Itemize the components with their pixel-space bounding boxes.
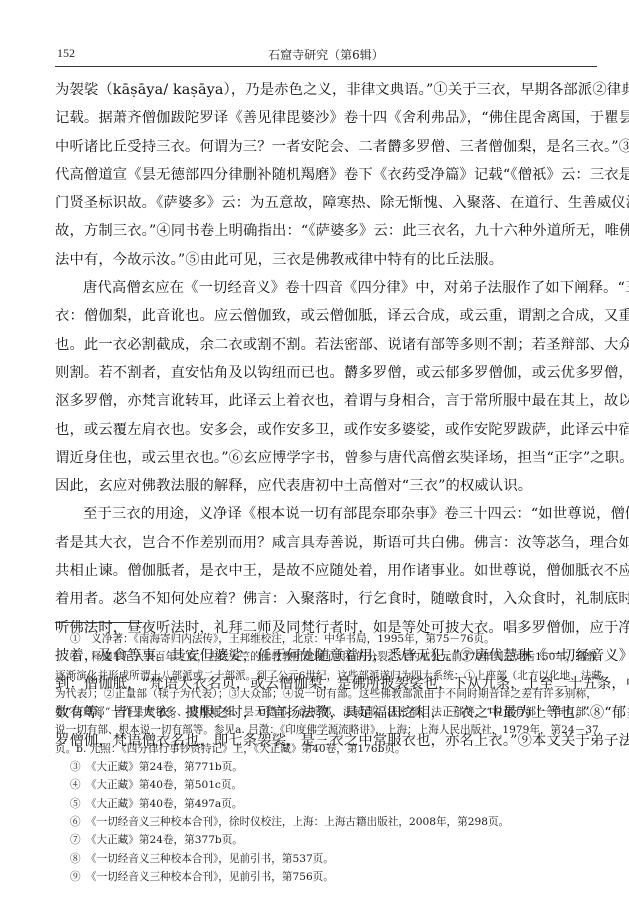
body-line: 门贤圣标识故。《萨婆多》云：为五意故，障寒热、除无惭愧、入聚落、在道行、生善威仪… bbox=[55, 189, 597, 217]
body-line: 共相止谏。僧伽胝者，是衣中王，是故不应随处着，用作诸事业。如世尊说，僧伽胝衣不应… bbox=[55, 557, 597, 585]
footnote-2-cont: 逐渐演化并形成所谓十八部派或二十部派。到了公元6世纪，这些部派遂归为四大系统：①… bbox=[55, 667, 597, 685]
body-line: 中听诸比丘受持三衣。何谓为三？一者安陀会、二者欝多罗僧、三者僧伽梨，是名三衣。”… bbox=[55, 133, 597, 161]
body-line: 记载。据萧齐僧伽跋陀罗译《善见律毘婆沙》卷十四《舍利弗品》，“佛住毘舍离国，于瞿… bbox=[55, 104, 597, 132]
footnote-6: ⑥ 《一切经音义三种校本合刊》，徐时仪校注，上海：上海古籍出版社，2008年，第… bbox=[55, 813, 597, 831]
body-line: 也，或云覆左肩衣也。安多会，或作安多卫，或作安多婆娑，或作安陀罗跋萨，此译云中宿… bbox=[55, 416, 597, 444]
body-line: 也。此一衣必割截成，余二衣或割不割。若法密部、说诸有部等多则不割；若圣辩部、大众… bbox=[55, 331, 597, 359]
footnotes: ① 义净著：《南海寄归内法传》，王邦维校注，北京：中华书局，1995年，第75－… bbox=[55, 630, 597, 886]
body-line: 法中有，今故示汝。”⑤由此可见，三衣是佛教戒律中特有的比丘法服。 bbox=[55, 246, 597, 274]
body-line: 者是其大衣，岂合不作差别而用？咸言具寿善说，斯语可共白佛。佛言：汝等苾刍，理合如… bbox=[55, 529, 597, 557]
footnote-2-cont: 为代表）；②正量部（犊子为代表）；③大众部；④说一切有部。这些佛教部派由于不同时… bbox=[55, 685, 597, 703]
footnote-2-cont: 页。b. 元照：《四分律行事钞资持记》上，《大正藏》第40卷，第176b页。 bbox=[55, 740, 597, 758]
footnote-3: ③ 《大正藏》第24卷，第771b页。 bbox=[55, 758, 597, 776]
body-line: 为袈裟（kāṣāya/ kaṣāya），乃是赤色之义，非律文典语。”①关于三衣，… bbox=[55, 76, 597, 104]
paragraph-start-line: 至于三衣的用途，义净译《根本说一切有部毘奈耶杂事》卷三十四云：“如世尊说，僧伽胝 bbox=[55, 500, 597, 528]
footnote-7: ⑦ 《大正藏》第24卷，第377b页。 bbox=[55, 831, 597, 849]
body-line: 因此，玄应对佛教法服的解释，应代表唐初中土高僧对“三衣”的权威认识。 bbox=[55, 472, 597, 500]
body-line: 故，方制三衣。”④同书卷上明确指出：“《萨婆多》云：此三衣名，九十六种外道所无，… bbox=[55, 217, 597, 245]
footnote-1: ① 义净著：《南海寄归内法传》，王邦维校注，北京：中华书局，1995年，第75－… bbox=[55, 630, 597, 648]
page-header: 152 石窟寺研究（第6辑） bbox=[55, 44, 597, 67]
footnote-9: ⑨ 《一切经音义三种校本合刊》，见前引书，第756页。 bbox=[55, 868, 597, 886]
running-title: 石窟寺研究（第6辑） bbox=[55, 46, 597, 63]
footnote-5: ⑤ 《大正藏》第40卷，第497a页。 bbox=[55, 795, 597, 813]
footnote-4: ④ 《大正藏》第40卷，第501c页。 bbox=[55, 776, 597, 794]
body-line: 则割。若不割者，直安怗角及以钩纽而已也。欝多罗僧，或云郁多罗僧伽，或云优多罗僧，… bbox=[55, 359, 597, 387]
paragraph-start-line: 唐代高僧玄应在《一切经音义》卷十四音《四分律》中，对弟子法服作了如下阐释。“三 bbox=[55, 274, 597, 302]
body-line: 衣：僧伽梨，此音讹也。应云僧伽致，或云僧伽胝，译云合成，或云重，谓割之合成，又重… bbox=[55, 302, 597, 330]
footnote-2: ② 释迦牟尼入灭百年之后，古代天竺的佛教教团出现了明显的分裂。大约从公元前370… bbox=[55, 648, 597, 666]
footnote-2-cont: 说一切有部、根本说一切有部等。参见a. 吕澂：《印度佛学源流略讲》，上海：上海人… bbox=[55, 721, 597, 739]
footnote-2-cont: 如“法藏部”一作昙摩毱多、昙摩崛多、昙无德部、法护部、法镜部、法密部、法正部等，… bbox=[55, 703, 597, 721]
body-line: 代高僧道宣《昙无德部四分律删补随机羯磨》卷下《衣药受净篇》记载“《僧祇》云：三衣… bbox=[55, 161, 597, 189]
body-line: 谓近身住也，或云里衣也。”⑥玄应博学字书，曾参与唐代高僧玄奘译场，担当“正字”之… bbox=[55, 444, 597, 472]
footnote-8: ⑧ 《一切经音义三种校本合刊》，见前引书，第537页。 bbox=[55, 850, 597, 868]
footnote-separator bbox=[55, 622, 142, 623]
body-line: 沤多罗僧，亦梵言讹转耳，此译云上着衣也，着谓与身相合，言于常所服中最在其上，故以… bbox=[55, 387, 597, 415]
body-line: 着用者。苾刍不知何处应着？佛言：入聚落时，行乞食时，随暾食时，入众食时，礼制底时… bbox=[55, 585, 597, 613]
